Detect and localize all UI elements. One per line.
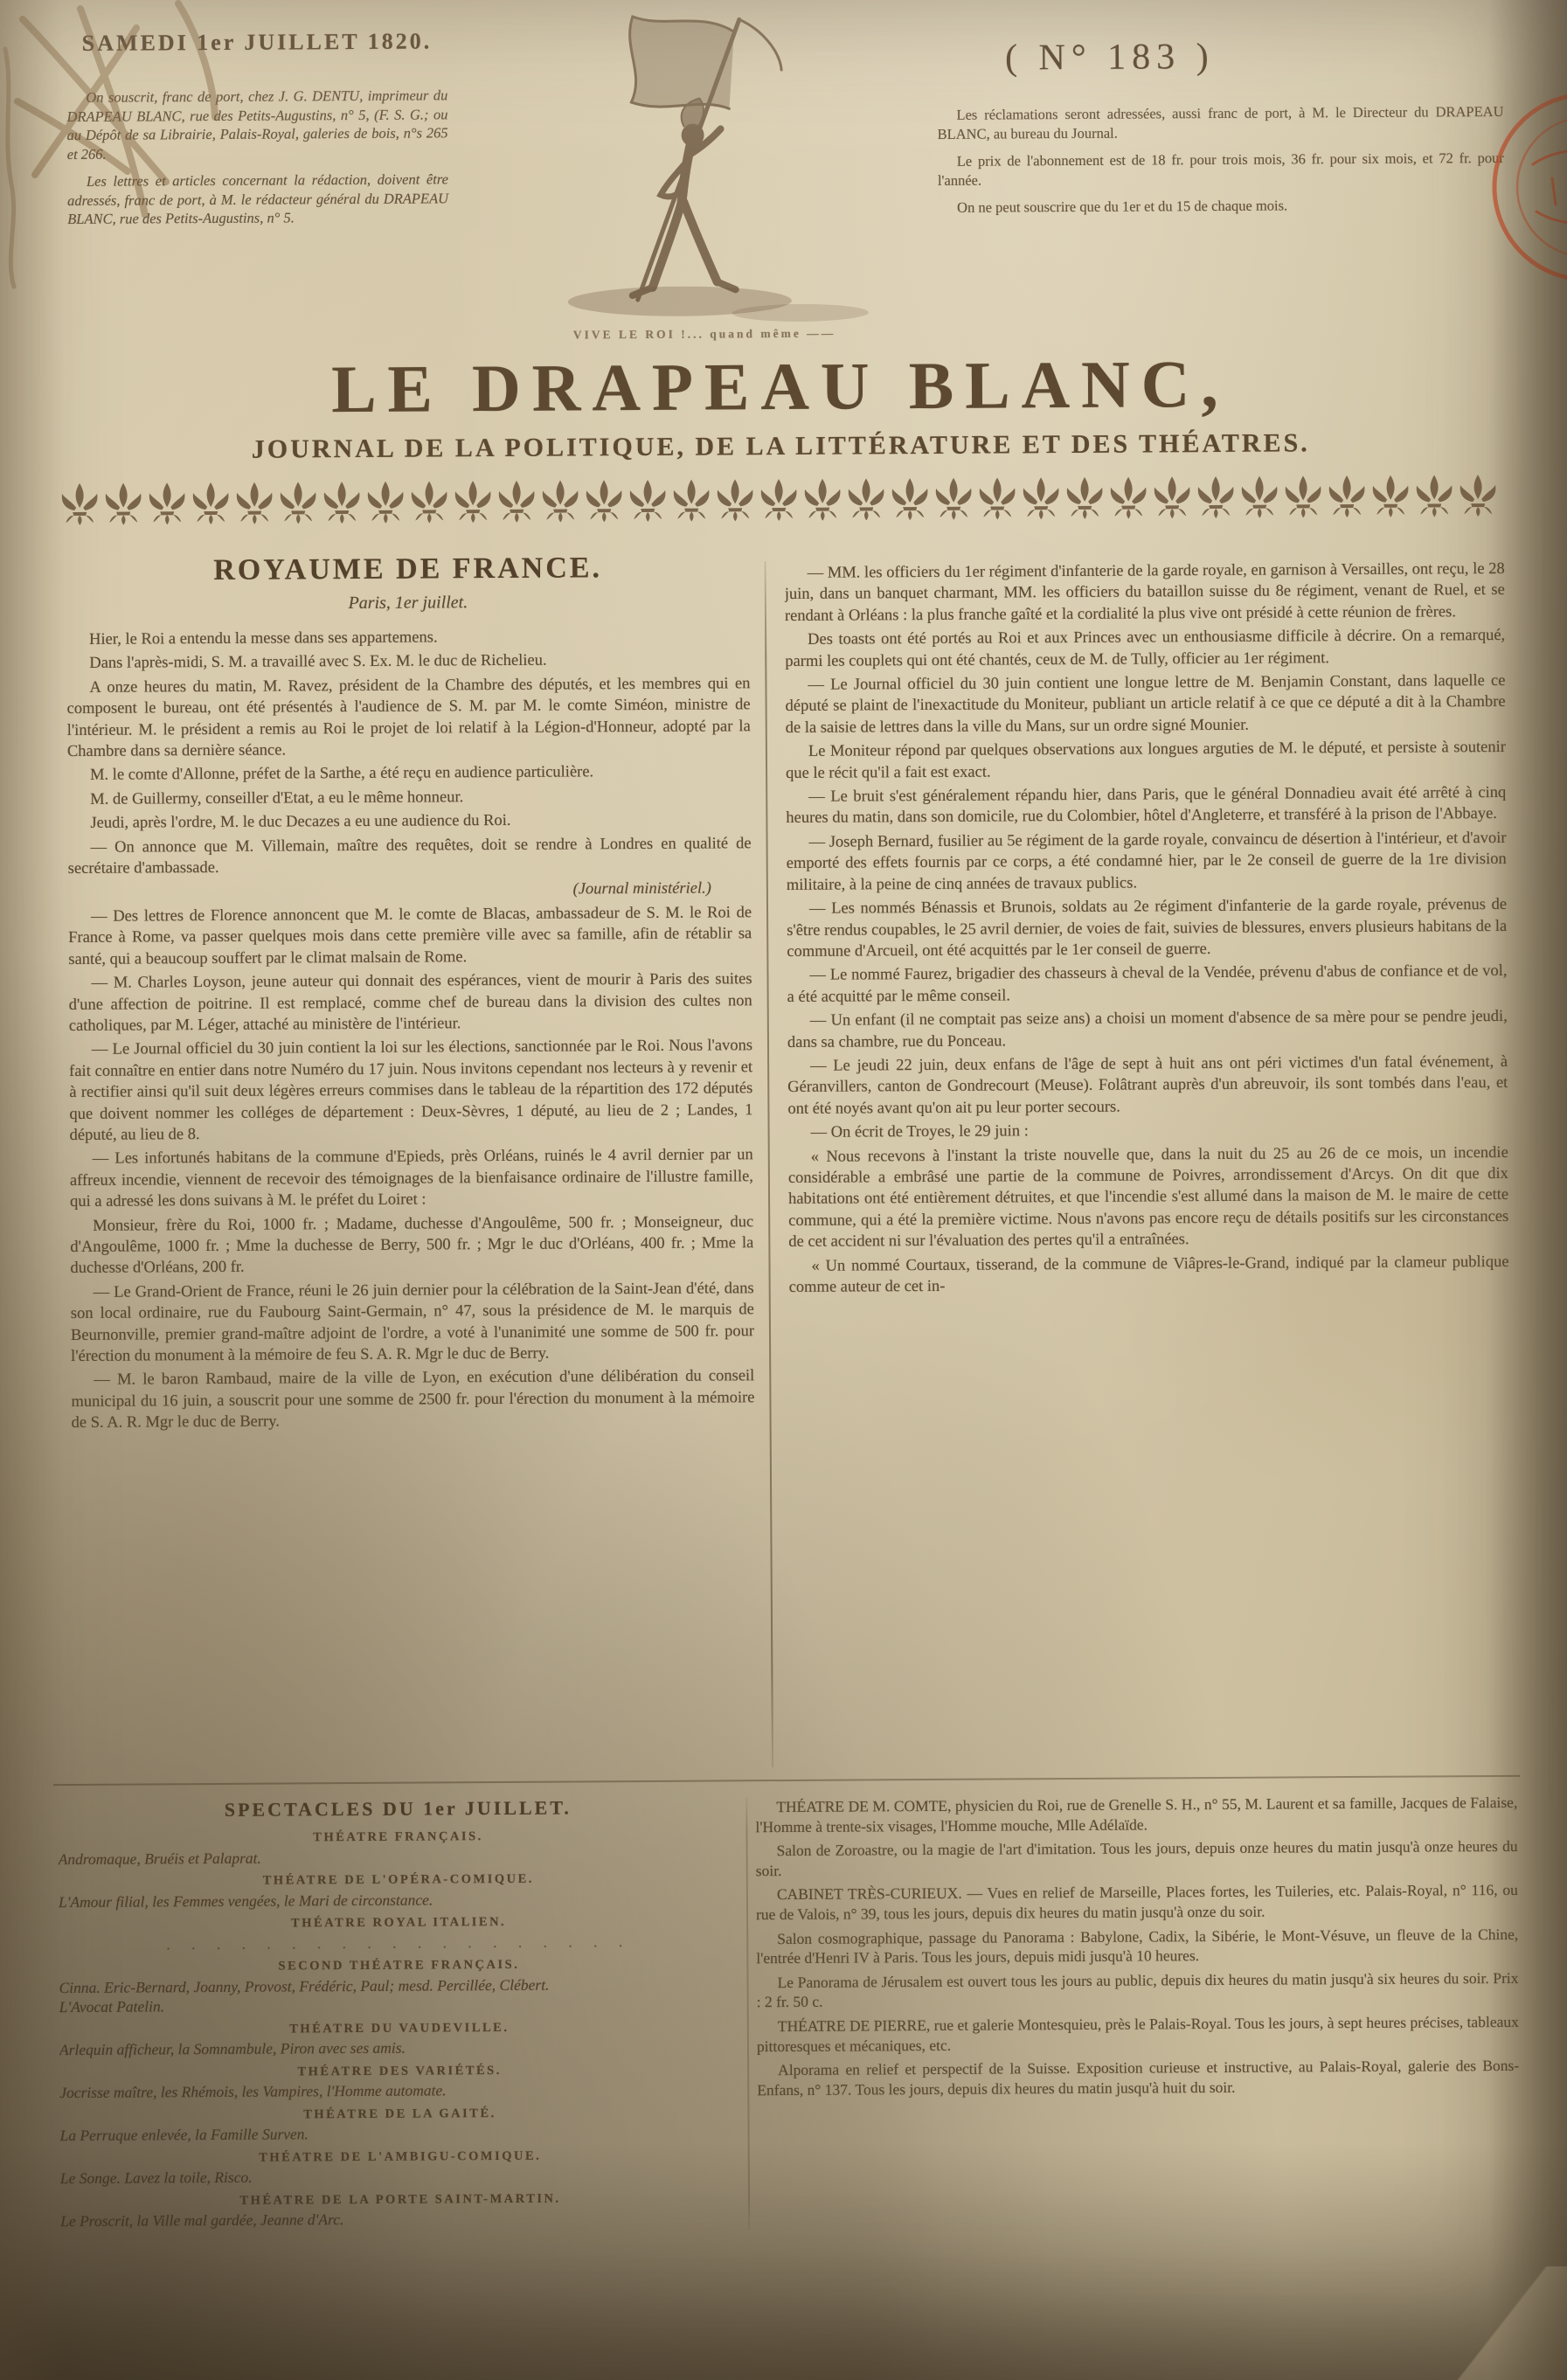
subscription-paragraph: Le prix de l'abonnement est de 18 fr. po…: [938, 149, 1504, 190]
subscription-paragraph: On ne peut souscrire que du 1er et du 15…: [938, 195, 1504, 217]
paragraph: — M. Charles Loyson, jeune auteur qui do…: [68, 968, 752, 1037]
paragraph: — Le jeudi 22 juin, deux enfans de l'âge…: [787, 1051, 1508, 1120]
newspaper-title: LE DRAPEAU BLANC,: [0, 343, 1564, 431]
listing-line: L'Avocat Patelin.: [59, 1993, 739, 2016]
paragraph: — MM. les officiers du 1er régiment d'in…: [785, 559, 1505, 627]
listing-line: Andromaque, Bruéis et Palaprat.: [59, 1845, 738, 1869]
handwriting-marks: [0, 0, 327, 309]
listing-line: Le Songe. Lavez la toile, Risco.: [60, 2164, 740, 2188]
red-ink-stamp-icon: [1466, 73, 1567, 318]
listing-line: Le Proscrit, la Ville mal gardée, Jeanne…: [60, 2207, 740, 2231]
left-column-paragraphs: Hier, le Roi a entendu la messe dans ses…: [66, 625, 755, 1433]
subscription-paragraph: Les réclamations seront adressées, aussi…: [937, 102, 1503, 143]
spectacles-heading: SPECTACLES DU 1er JUILLET.: [58, 1795, 738, 1822]
spectacles-listings: THÉATRE FRANÇAIS.Andromaque, Bruéis et P…: [58, 1825, 740, 2231]
paragraph: Le Moniteur répond par quelques observat…: [786, 737, 1506, 784]
paragraph: — Les infortunés habitans de la commune …: [70, 1145, 753, 1213]
paragraph: Monsieur, frère du Roi, 1000 fr. ; Madam…: [70, 1211, 753, 1280]
paragraph: — Les nommés Bénassis et Brunois, soldat…: [787, 894, 1507, 962]
paragraph: — Le nommé Faurez, brigadier des chasseu…: [787, 961, 1507, 1008]
left-column: ROYAUME DE FRANCE. Paris, 1er juillet. H…: [66, 551, 758, 1775]
newspaper-subtitle: JOURNAL DE LA POLITIQUE, DE LA LITTÉRATU…: [0, 427, 1564, 467]
listing-line: Salon de Zoroastre, ou la magie de l'art…: [756, 1836, 1518, 1881]
fleur-de-lis-ornament-row: [55, 466, 1508, 532]
paragraph: M. le comte d'Allonne, préfet de la Sart…: [67, 761, 751, 787]
paragraph: M. de Guillermy, conseiller d'Etat, a eu…: [67, 785, 751, 810]
listing-line: Jocrisse maître, les Rhémois, les Vampir…: [59, 2078, 739, 2102]
paragraph: — Le bruit s'est généralement répandu hi…: [786, 782, 1506, 829]
spectacles-divider: [745, 1797, 750, 2231]
listing-line: L'Amour filial, les Femmes vengées, le M…: [59, 1888, 738, 1912]
paragraph: — Le Journal officiel du 30 juin contien…: [69, 1036, 753, 1147]
listing-line: THÉATRE DE PIERRE, rue et galerie Montes…: [757, 2012, 1519, 2057]
paragraph: — Le Journal officiel du 30 juin contien…: [785, 670, 1505, 739]
newspaper-page: SAMEDI 1er JUILLET 1820. On souscrit, fr…: [0, 0, 1567, 2380]
listing-line: . . . . . . . . . . . . . . . . . . .: [59, 1931, 738, 1954]
paragraph: — Joseph Bernard, fusilier au 5e régimen…: [786, 828, 1506, 896]
listing-line: THÉATRE DE M. COMTE, physicien du Roi, r…: [755, 1793, 1517, 1837]
masthead-right: ( N° 183 ) Les réclamations seront adres…: [937, 34, 1504, 226]
section-rule: [53, 1775, 1520, 1786]
underlying-page-corner: [1392, 2266, 1567, 2380]
paragraph: — Le Grand-Orient de France, réuni le 26…: [71, 1278, 755, 1367]
column-divider: [765, 561, 773, 1767]
listing-line: Alporama en relief et perspectif de la S…: [757, 2056, 1519, 2100]
listing-line: Arlequin afficheur, la Somnambule, Piron…: [59, 2036, 739, 2059]
paragraph: Hier, le Roi a entendu la messe dans ses…: [66, 625, 750, 650]
flag-bearer-illustration: [503, 4, 904, 357]
listing-line: La Perruque enlevée, la Famille Surven.: [60, 2121, 740, 2145]
paragraph: Jeudi, après l'ordre, M. le duc Decazes …: [67, 808, 751, 834]
paragraph: « Un nommé Courtaux, tisserand, de la co…: [788, 1252, 1508, 1299]
engraving-caption: VIVE LE ROI !... quand même ——: [505, 326, 904, 343]
paragraph: — M. le baron Rambaud, maire de la ville…: [71, 1366, 754, 1434]
listing-line: CABINET TRÈS-CURIEUX. — Vues en relief d…: [756, 1880, 1518, 1925]
printed-area: SAMEDI 1er JUILLET 1820. On souscrit, fr…: [0, 0, 1567, 2380]
paragraph: Dans l'après-midi, S. M. a travaillé ave…: [66, 649, 750, 675]
section-heading: ROYAUME DE FRANCE.: [66, 551, 750, 588]
issue-number: ( N° 183 ): [937, 34, 1503, 80]
spectacles-column: SPECTACLES DU 1er JUILLET. THÉATRE FRANÇ…: [58, 1795, 740, 2231]
attractions-column: THÉATRE DE M. COMTE, physicien du Roi, r…: [755, 1793, 1519, 2105]
paragraph: « Nous recevons à l'instant la triste no…: [788, 1142, 1509, 1253]
listing-line: Le Panorama de Jérusalem est ouvert tous…: [756, 1968, 1518, 2013]
paragraph: — Des lettres de Florence annoncent que …: [68, 902, 752, 970]
listing-line: Salon cosmographique, passage du Panoram…: [756, 1924, 1518, 1968]
flag-bearer-engraving: VIVE LE ROI !... quand même ——: [503, 4, 905, 367]
column-dateline: Paris, 1er juillet.: [66, 591, 750, 615]
paragraph: — On écrit de Troyes, le 29 juin :: [788, 1118, 1508, 1143]
right-column: — MM. les officiers du 1er régiment d'in…: [785, 559, 1512, 1776]
subscription-notes: Les réclamations seront adressées, aussi…: [937, 102, 1504, 217]
paragraph: Des toasts ont été portés au Roi et aux …: [785, 625, 1505, 672]
paragraph: (Journal ministériel.): [68, 878, 752, 904]
paragraph: A onze heures du matin, M. Ravez, présid…: [66, 673, 751, 762]
paragraph: — On annonce que M. Villemain, maître de…: [68, 833, 752, 880]
paragraph: — Un enfant (il ne comptait pas seize an…: [787, 1006, 1508, 1053]
